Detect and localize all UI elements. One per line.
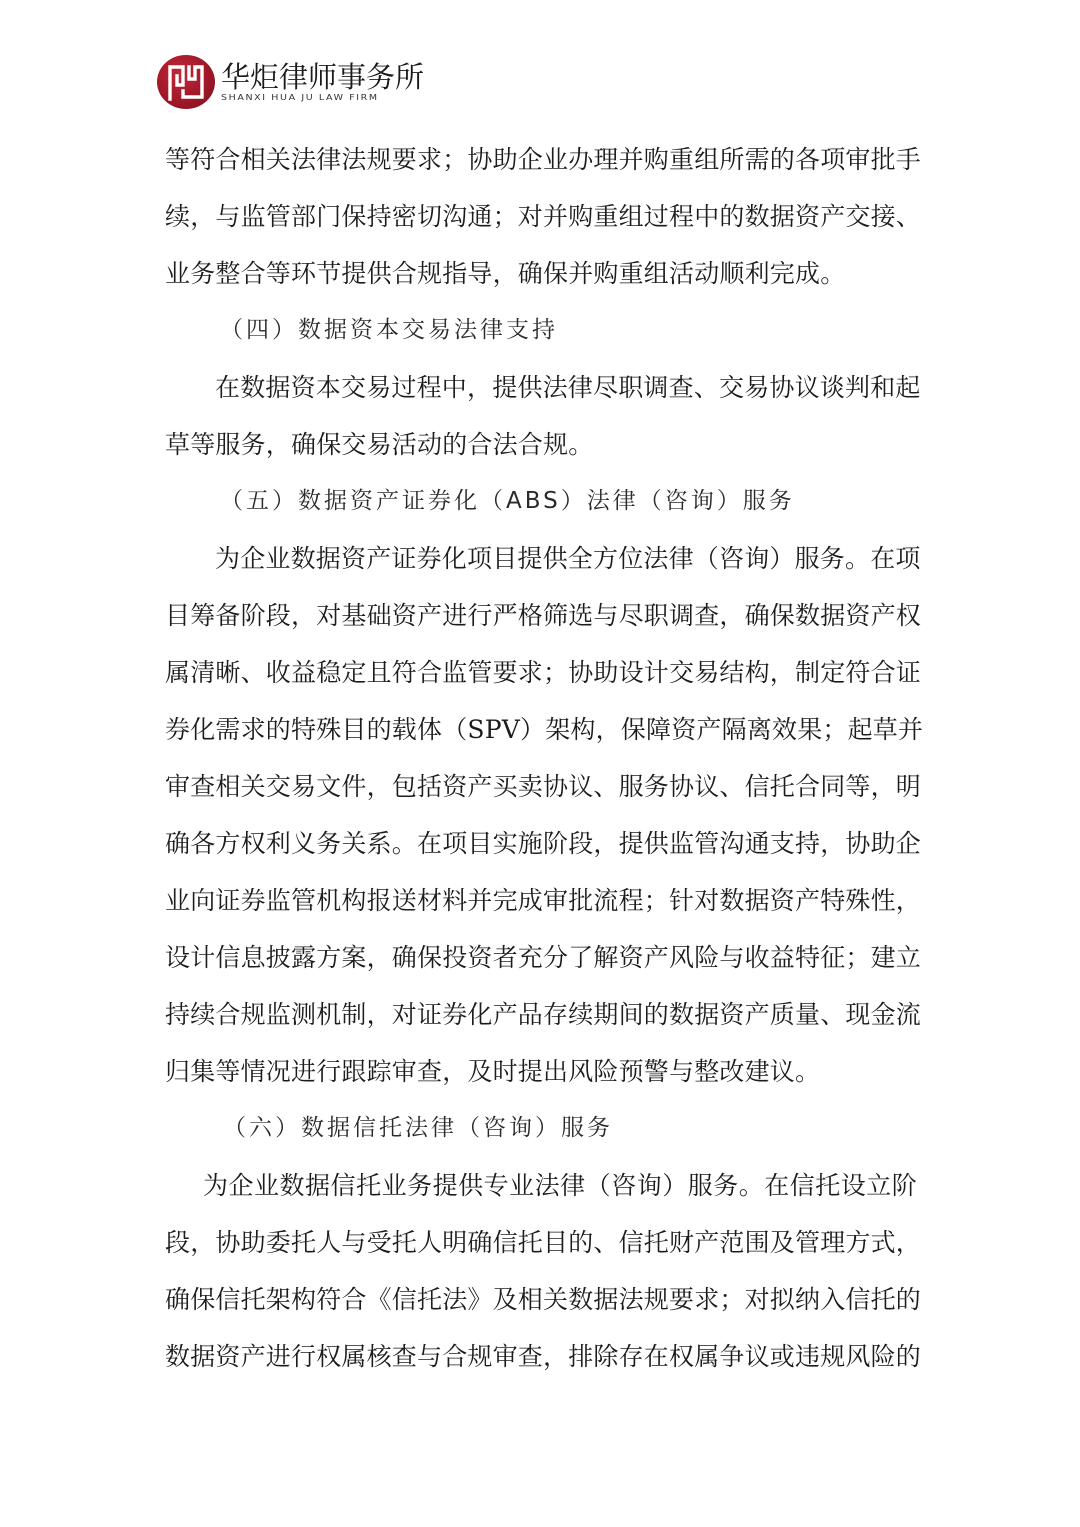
paragraph-line: 确各方权利义务关系。在项目实施阶段，提供监管沟通支持，协助企: [165, 815, 917, 872]
firm-name-cn: 华炬律师事务所: [221, 61, 424, 93]
paragraph-line: 业务整合等环节提供合规指导，确保并购重组活动顺利完成。: [165, 245, 917, 302]
section-heading-5: （五）数据资产证券化（ABS）法律（咨询）服务: [165, 473, 917, 530]
firm-name-en: SHANXI HUA JU LAW FIRM: [221, 93, 424, 102]
continuation-paragraph: 等符合相关法律法规要求；协助企业办理并购重组所需的各项审批手 续，与监管部门保持…: [165, 131, 917, 302]
paragraph-line: 续，与监管部门保持密切沟通；对并购重组过程中的数据资产交接、: [165, 188, 917, 245]
paragraph-line: 属清晰、收益稳定且符合监管要求；协助设计交易结构，制定符合证: [165, 644, 917, 701]
firm-name: 华炬律师事务所 SHANXI HUA JU LAW FIRM: [221, 61, 424, 104]
paragraph-line: 数据资产进行权属核查与合规审查，排除存在权属争议或违规风险的: [165, 1328, 917, 1385]
paragraph-line: 券化需求的特殊目的载体（SPV）架构，保障资产隔离效果；起草并: [165, 701, 917, 758]
section-paragraph-6: 为企业数据信托业务提供专业法律（咨询）服务。在信托设立阶 段，协助委托人与受托人…: [165, 1157, 917, 1385]
paragraph-line: 归集等情况进行跟踪审查，及时提出风险预警与整改建议。: [165, 1043, 917, 1100]
firm-header: 华炬律师事务所 SHANXI HUA JU LAW FIRM: [157, 54, 424, 110]
paragraph-line: 确保信托架构符合《信托法》及相关数据法规要求；对拟纳入信托的: [165, 1271, 917, 1328]
paragraph-line: 审查相关交易文件，包括资产买卖协议、服务协议、信托合同等，明: [165, 758, 917, 815]
document-body: 等符合相关法律法规要求；协助企业办理并购重组所需的各项审批手 续，与监管部门保持…: [165, 131, 917, 1385]
paragraph-line: 为企业数据信托业务提供专业法律（咨询）服务。在信托设立阶: [165, 1157, 917, 1214]
section-heading-4: （四）数据资本交易法律支持: [165, 302, 917, 359]
section-paragraph-5: 为企业数据资产证券化项目提供全方位法律（咨询）服务。在项 目筹备阶段，对基础资产…: [165, 530, 917, 1100]
paragraph-line: 目筹备阶段，对基础资产进行严格筛选与尽职调查，确保数据资产权: [165, 587, 917, 644]
paragraph-line: 业向证券监管机构报送材料并完成审批流程；针对数据资产特殊性，: [165, 872, 917, 929]
section-heading-6: （六）数据信托法律（咨询）服务: [165, 1100, 917, 1157]
section-paragraph-4: 在数据资本交易过程中，提供法律尽职调查、交易协议谈判和起 草等服务，确保交易活动…: [165, 359, 917, 473]
paragraph-line: 等符合相关法律法规要求；协助企业办理并购重组所需的各项审批手: [165, 131, 917, 188]
huaju-logo-icon: [157, 55, 215, 109]
paragraph-line: 草等服务，确保交易活动的合法合规。: [165, 416, 917, 473]
paragraph-line: 设计信息披露方案，确保投资者充分了解资产风险与收益特征；建立: [165, 929, 917, 986]
logo-glyph-icon: [166, 63, 206, 101]
paragraph-line: 持续合规监测机制，对证券化产品存续期间的数据资产质量、现金流: [165, 986, 917, 1043]
paragraph-line: 为企业数据资产证券化项目提供全方位法律（咨询）服务。在项: [165, 530, 917, 587]
paragraph-line: 段，协助委托人与受托人明确信托目的、信托财产范围及管理方式，: [165, 1214, 917, 1271]
paragraph-line: 在数据资本交易过程中，提供法律尽职调查、交易协议谈判和起: [165, 359, 917, 416]
